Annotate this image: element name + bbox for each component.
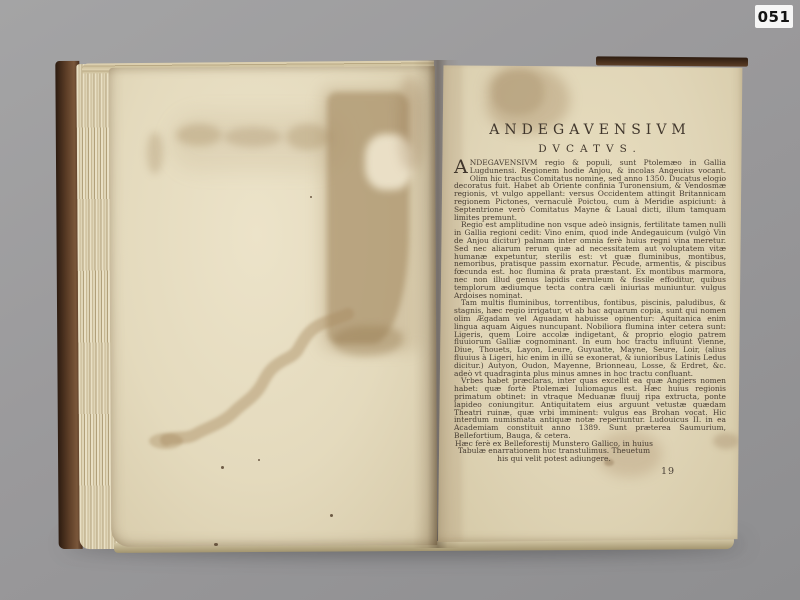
paragraph: Vrbes habet præclaras, inter quas excell…	[454, 377, 726, 439]
photo-frame-number: 051	[755, 5, 793, 28]
page-number: 19	[648, 466, 688, 477]
paragraph: Tam multis fluminibus, torrentibus, font…	[454, 299, 726, 377]
paragraph: ANDEGAVENSIVM regio & populi, sunt Ptole…	[454, 159, 726, 221]
left-page-blank-verso	[109, 66, 438, 547]
foxing-speck	[221, 466, 224, 469]
right-page-recto: ANDEGAVENSIVM DVCATVS. ANDEGAVENSIVM reg…	[438, 61, 743, 542]
foxing-speck	[258, 459, 260, 461]
chapter-subtitle: DVCATVS.	[452, 143, 728, 155]
paragraph-list: ANDEGAVENSIVM regio & populi, sunt Ptole…	[454, 159, 726, 440]
rear-board-edge	[596, 56, 748, 66]
chapter-title: ANDEGAVENSIVM	[452, 122, 728, 138]
foxing-speck	[214, 543, 218, 546]
closing-lines: Hæc ferè ex Belleforestij Munstero Galli…	[454, 440, 654, 463]
foxing-speck	[330, 514, 333, 517]
paragraph: Regio est amplitudine non vsque adeò ins…	[454, 221, 726, 299]
body-text-block: ANDEGAVENSIVM regio & populi, sunt Ptole…	[454, 159, 726, 463]
stain-top-blob-core	[492, 69, 544, 115]
foxing-speck	[310, 196, 312, 198]
photograph-of-open-book: 051 ANDEGAVENSIVM DVCATVS.	[0, 0, 800, 600]
